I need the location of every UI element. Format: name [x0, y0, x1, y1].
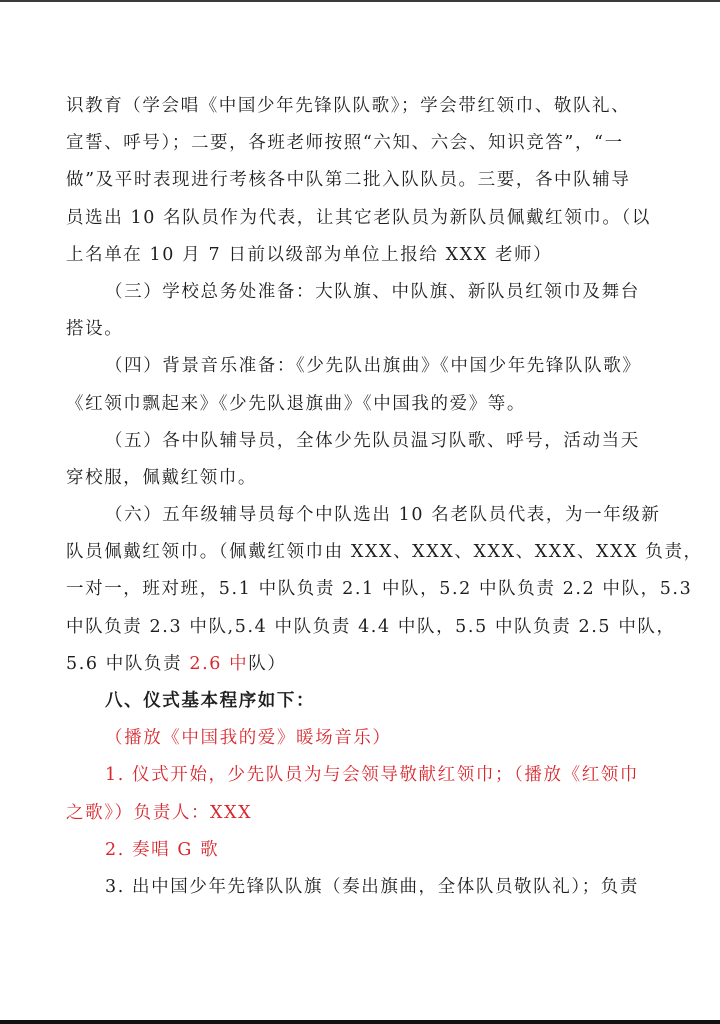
- text-line: 搭设。: [66, 311, 656, 348]
- procedure-line: 之歌》）负责人：XXX: [66, 795, 656, 832]
- text-line-item-6: （六）五年级辅导员每个中队选出 10 名老队员代表，为一年级新: [66, 497, 656, 534]
- bottom-edge-bar: [0, 1020, 720, 1024]
- top-edge-bar: [0, 0, 720, 2]
- section-heading: 八、仪式基本程序如下：: [66, 683, 656, 720]
- text-span: 5.6 中队负责: [66, 654, 189, 674]
- text-line-item-5: （五）各中队辅导员，全体少先队员温习队歌、呼号，活动当天: [66, 423, 656, 460]
- text-line: 穿校服，佩戴红领巾。: [66, 460, 656, 497]
- text-line: 做”及平时表现进行考核各中队第二批入队队员。三要，各中队辅导: [66, 162, 656, 199]
- text-line: 一对一，班对班，5.1 中队负责 2.1 中队，5.2 中队负责 2.2 中队，…: [66, 571, 656, 608]
- document-page: 识教育（学会唱《中国少年先锋队队歌》；学会带红领巾、敬队礼、 宣誓、呼号）；二要…: [66, 88, 656, 906]
- text-line-item-4: （四）背景音乐准备：《少先队出旗曲》《中国少年先锋队队歌》: [66, 348, 656, 385]
- procedure-line: 3. 出中国少年先锋队队旗（奏出旗曲，全体队员敬队礼）；负责: [66, 869, 656, 906]
- text-span: 队）: [248, 654, 286, 674]
- text-line: 中队负责 2.3 中队,5.4 中队负责 4.4 中队，5.5 中队负责 2.5…: [66, 609, 656, 646]
- procedure-line: （播放《中国我的爱》暖场音乐）: [66, 720, 656, 757]
- text-line: 识教育（学会唱《中国少年先锋队队歌》；学会带红领巾、敬队礼、: [66, 88, 656, 125]
- procedure-line: 1. 仪式开始，少先队员为与会领导敬献红领巾；（播放《红领巾: [66, 757, 656, 794]
- text-line: 宣誓、呼号）；二要，各班老师按照“六知、六会、知识竞答”，“一: [66, 125, 656, 162]
- text-line: 《红领巾飘起来》《少先队退旗曲》《中国我的爱》等。: [66, 386, 656, 423]
- text-line-mixed: 5.6 中队负责 2.6 中队）: [66, 646, 656, 683]
- text-line: 队员佩戴红领巾。（佩戴红领巾由 XXX、XXX、XXX、XXX、XXX 负责，: [66, 534, 656, 571]
- text-line-item-3: （三）学校总务处准备：大队旗、中队旗、新队员红领巾及舞台: [66, 274, 656, 311]
- highlighted-text: 2.6 中: [189, 654, 248, 674]
- text-line: 上名单在 10 月 7 日前以级部为单位上报给 XXX 老师）: [66, 237, 656, 274]
- text-line: 员选出 10 名队员作为代表，让其它老队员为新队员佩戴红领巾。（以: [66, 200, 656, 237]
- procedure-line: 2. 奏唱 G 歌: [66, 832, 656, 869]
